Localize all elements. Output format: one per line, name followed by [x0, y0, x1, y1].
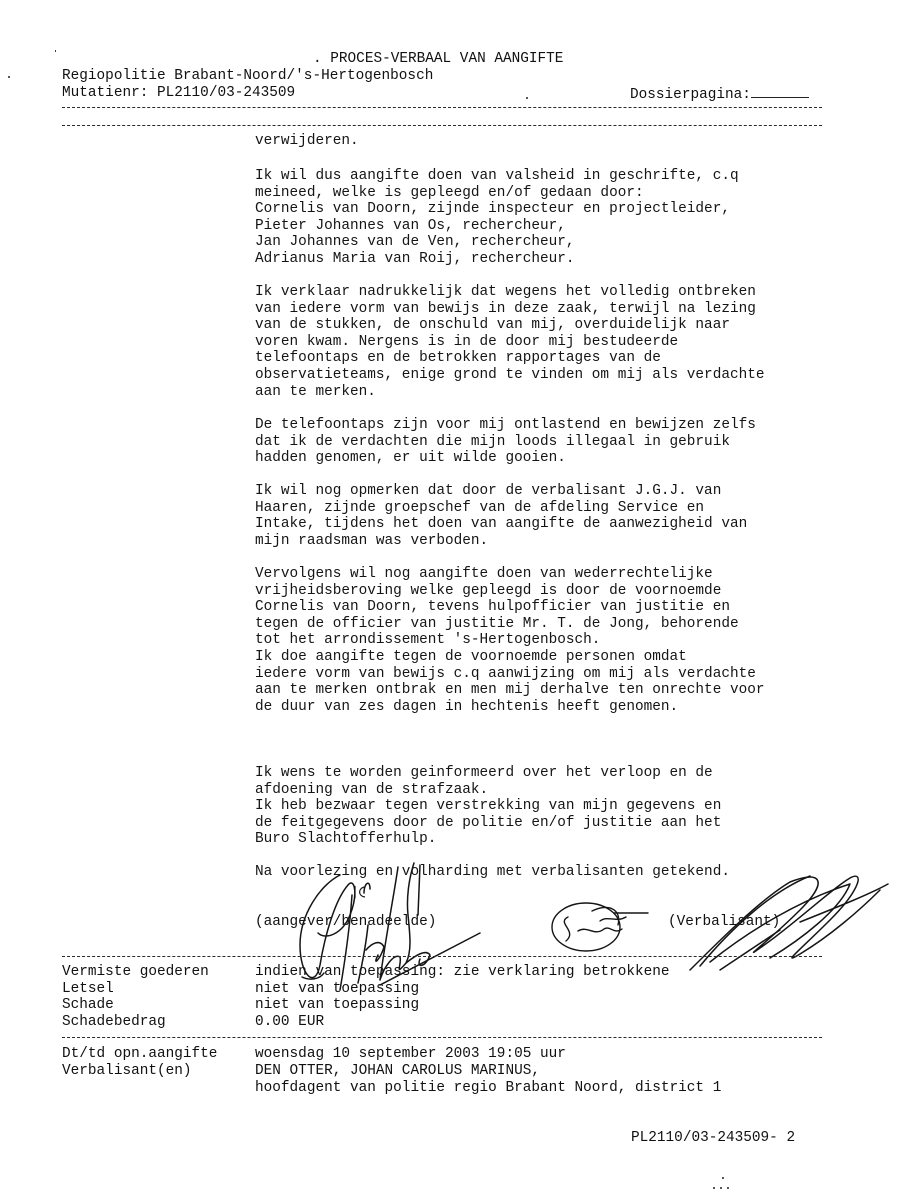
- text-line: afdoening van de strafzaak.: [255, 782, 721, 799]
- text-line: tot het arrondissement 's-Hertogenbosch.: [255, 632, 765, 649]
- text-line: voren kwam. Nergens is in de door mij be…: [255, 334, 765, 351]
- scan-speck: [55, 50, 56, 52]
- text-line: van de stukken, de onschuld van mij, ove…: [255, 317, 765, 334]
- text-line: vrijheidsberoving welke gepleegd is door…: [255, 583, 765, 600]
- text-line: Cornelis van Doorn, zijnde inspecteur en…: [255, 201, 739, 218]
- text-line: Ik wil nog opmerken dat door de verbalis…: [255, 483, 747, 500]
- text-line: de feitgegevens door de politie en/of ju…: [255, 815, 721, 832]
- scan-speck: [720, 1187, 722, 1189]
- field-label-missing-goods: Vermiste goederen: [62, 964, 209, 980]
- divider: [62, 125, 822, 126]
- mutation-label: Mutatienr:: [62, 85, 148, 101]
- text-line: observatieteams, enige grond te vinden o…: [255, 367, 765, 384]
- field-value-damage: niet van toepassing: [255, 997, 419, 1013]
- text-line: Pieter Johannes van Os, rechercheur,: [255, 218, 739, 235]
- mutation-number-row: Mutatienr: PL2110/03-243509: [62, 85, 295, 101]
- text-line: Adrianus Maria van Roij, rechercheur.: [255, 251, 739, 268]
- field-label-damage-amount: Schadebedrag: [62, 1014, 166, 1030]
- scan-speck: [526, 97, 528, 99]
- text-line: Jan Johannes van de Ven, rechercheur,: [255, 234, 739, 251]
- paragraph-declaration: Ik verklaar nadrukkelijk dat wegens het …: [255, 284, 765, 400]
- field-value-report-datetime: woensdag 10 september 2003 19:05 uur: [255, 1046, 566, 1062]
- field-value-damage-amount: 0.00 EUR: [255, 1014, 324, 1030]
- scan-speck: [8, 76, 10, 78]
- field-value-injury: niet van toepassing: [255, 981, 419, 997]
- text-line: Vervolgens wil nog aangifte doen van wed…: [255, 566, 765, 583]
- dossier-page-field: Dossierpagina:: [630, 85, 809, 103]
- text-line: verwijderen.: [255, 133, 359, 150]
- text-line: dat ik de verdachten die mijn loods ille…: [255, 434, 756, 451]
- field-label-officers: Verbalisant(en): [62, 1063, 192, 1079]
- dossier-label: Dossierpagina:: [630, 87, 751, 103]
- field-label-damage: Schade: [62, 997, 114, 1013]
- field-value-officers-line2: hoofdagent van politie regio Brabant Noo…: [255, 1080, 721, 1096]
- paragraph-phone-taps: De telefoontaps zijn voor mij ontlastend…: [255, 417, 756, 467]
- page-reference: PL2110/03-243509- 2: [631, 1130, 795, 1146]
- document-page: . PROCES-VERBAAL VAN AANGIFTE Regiopolit…: [0, 0, 900, 1195]
- text-line: aan te merken.: [255, 384, 765, 401]
- paragraph-deprivation-of-liberty: Vervolgens wil nog aangifte doen van wed…: [255, 566, 765, 715]
- officer-signature-large: [680, 870, 890, 975]
- text-line: Haaren, zijnde groepschef van de afdelin…: [255, 500, 747, 517]
- divider: [62, 956, 822, 957]
- document-title: . PROCES-VERBAAL VAN AANGIFTE: [313, 51, 563, 67]
- divider: [62, 107, 822, 108]
- text-line: tegen de officier van justitie Mr. T. de…: [255, 616, 765, 633]
- text-line: Ik wil dus aangifte doen van valsheid in…: [255, 168, 739, 185]
- text-line: Intake, tijdens het doen van aangifte de…: [255, 516, 747, 533]
- text-line: meineed, welke is gepleegd en/of gedaan …: [255, 185, 739, 202]
- field-value-officers-line1: DEN OTTER, JOHAN CAROLUS MARINUS,: [255, 1063, 540, 1079]
- text-line: hadden genomen, er uit wilde gooien.: [255, 450, 756, 467]
- text-line: Ik heb bezwaar tegen verstrekking van mi…: [255, 798, 721, 815]
- scan-speck: [727, 1187, 729, 1189]
- dossier-page-blank: [751, 85, 809, 98]
- paragraph-accusation: Ik wil dus aangifte doen van valsheid in…: [255, 168, 739, 268]
- text-line: de duur van zes dagen in hechtenis heeft…: [255, 699, 765, 716]
- text-line: iedere vorm van bewijs c.q aanwijzing om…: [255, 666, 765, 683]
- text-line: Ik verklaar nadrukkelijk dat wegens het …: [255, 284, 765, 301]
- text-line: aan te merken ontbrak en men mij derhalv…: [255, 682, 765, 699]
- text-line: De telefoontaps zijn voor mij ontlastend…: [255, 417, 756, 434]
- divider: [62, 1037, 822, 1038]
- scan-speck: [722, 1177, 724, 1179]
- mutation-number: PL2110/03-243509: [157, 85, 295, 101]
- scan-speck: [713, 1187, 715, 1189]
- text-line: telefoontaps en de betrokken rapportages…: [255, 350, 765, 367]
- text-line: Buro Slachtofferhulp.: [255, 831, 721, 848]
- officer-signature-small: [548, 895, 658, 955]
- text-line: van iedere vorm van bewijs in deze zaak,…: [255, 301, 765, 318]
- field-label-injury: Letsel: [62, 981, 114, 997]
- text-line: Ik doe aangifte tegen de voornoemde pers…: [255, 649, 765, 666]
- field-label-report-datetime: Dt/td opn.aangifte: [62, 1046, 217, 1062]
- text-line: Cornelis van Doorn, tevens hulpofficier …: [255, 599, 765, 616]
- organization-name: Regiopolitie Brabant-Noord/'s-Hertogenbo…: [62, 68, 433, 84]
- field-value-missing-goods: indien van toepassing: zie verklaring be…: [255, 964, 670, 980]
- paragraph-lawyer: Ik wil nog opmerken dat door de verbalis…: [255, 483, 747, 549]
- text-line: Ik wens te worden geinformeerd over het …: [255, 765, 721, 782]
- initials-mark: [352, 885, 368, 899]
- paragraph-continuation: verwijderen.: [255, 133, 359, 150]
- text-line: mijn raadsman was verboden.: [255, 533, 747, 550]
- paragraph-information-preferences: Ik wens te worden geinformeerd over het …: [255, 765, 721, 848]
